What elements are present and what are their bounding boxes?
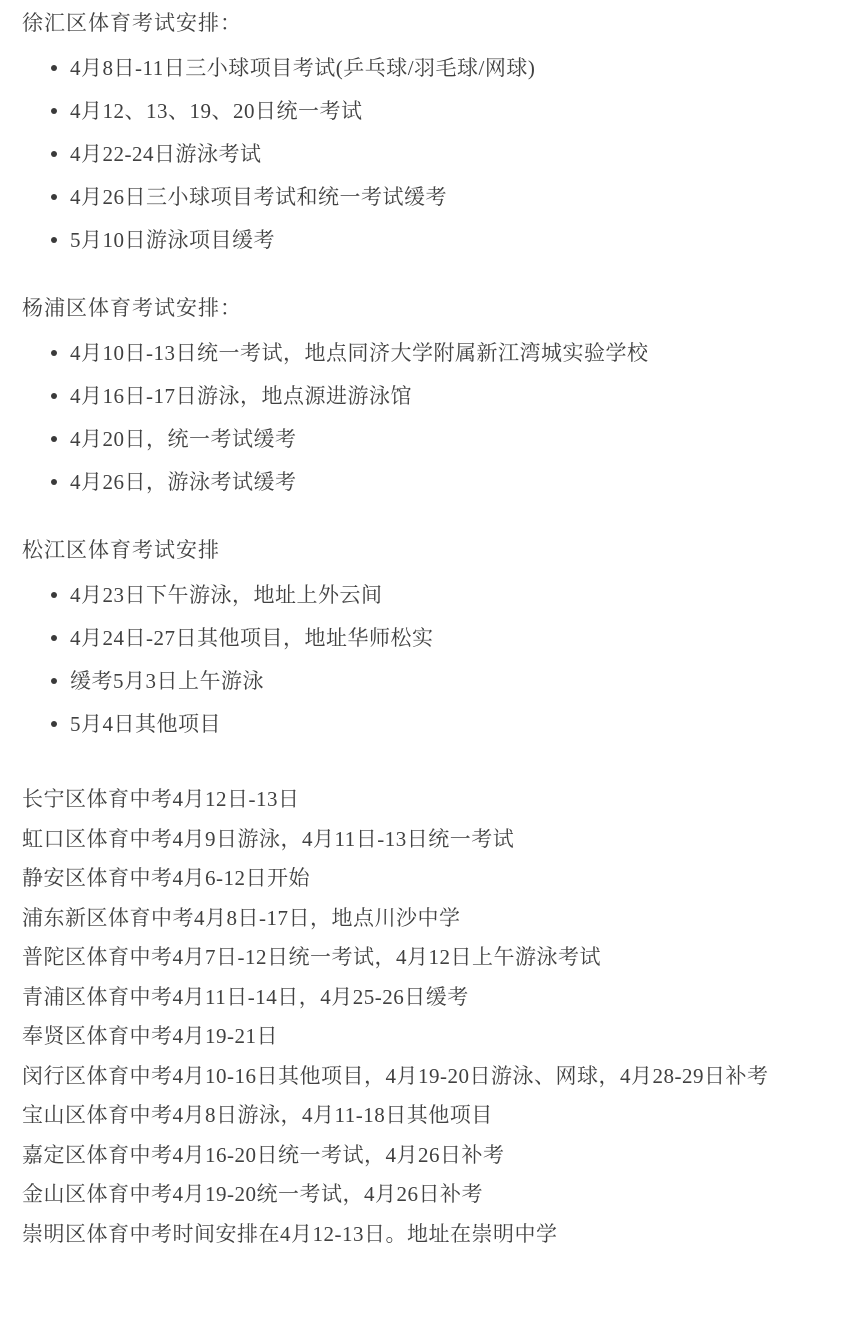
bullet-item: 4月10日-13日统一考试，地点同济大学附属新江湾城实验学校 — [0, 341, 849, 365]
bullet-dot — [51, 393, 57, 399]
bullet-dot — [51, 350, 57, 356]
bullet-dot — [51, 635, 57, 641]
bullet-item: 4月8日-11日三小球项目考试(乒乓球/羽毛球/网球) — [0, 56, 849, 80]
section-yangpu: 杨浦区体育考试安排： 4月10日-13日统一考试，地点同济大学附属新江湾城实验学… — [0, 296, 849, 494]
schedule-line-jinshan: 金山区体育中考4月19-20统一考试，4月26日补考 — [22, 1175, 849, 1215]
section-title: 松江区体育考试安排 — [0, 538, 849, 562]
bullet-item: 4月16日-17日游泳，地点源进游泳馆 — [0, 384, 849, 408]
schedule-line-hongkou: 虹口区体育中考4月9日游泳，4月11日-13日统一考试 — [22, 820, 849, 860]
bullet-list: 4月8日-11日三小球项目考试(乒乓球/羽毛球/网球) 4月12、13、19、2… — [0, 56, 849, 252]
bullet-text: 4月26日，游泳考试缓考 — [70, 470, 297, 494]
district-schedule-list: 长宁区体育中考4月12日-13日 虹口区体育中考4月9日游泳，4月11日-13日… — [0, 780, 849, 1254]
bullet-dot — [51, 721, 57, 727]
bullet-text: 4月12、13、19、20日统一考试 — [70, 99, 363, 123]
bullet-text: 5月4日其他项目 — [70, 712, 221, 736]
bullet-item: 4月23日下午游泳，地址上外云间 — [0, 583, 849, 607]
schedule-line-putuo: 普陀区体育中考4月7日-12日统一考试，4月12日上午游泳考试 — [22, 938, 849, 978]
schedule-line-minhang: 闵行区体育中考4月10-16日其他项目，4月19-20日游泳、网球，4月28-2… — [22, 1057, 849, 1097]
bullet-dot — [51, 479, 57, 485]
section-title: 杨浦区体育考试安排： — [0, 296, 849, 320]
bullet-dot — [51, 151, 57, 157]
section-title: 徐汇区体育考试安排： — [0, 11, 849, 35]
bullet-item: 缓考5月3日上午游泳 — [0, 669, 849, 693]
bullet-list: 4月23日下午游泳，地址上外云间 4月24日-27日其他项目，地址华师松实 缓考… — [0, 583, 849, 736]
bullet-text: 4月23日下午游泳，地址上外云间 — [70, 583, 383, 607]
article-page: 徐汇区体育考试安排： 4月8日-11日三小球项目考试(乒乓球/羽毛球/网球) 4… — [0, 0, 849, 1317]
section-xuhui: 徐汇区体育考试安排： 4月8日-11日三小球项目考试(乒乓球/羽毛球/网球) 4… — [0, 11, 849, 252]
bullet-dot — [51, 436, 57, 442]
bullet-dot — [51, 194, 57, 200]
bullet-item: 4月12、13、19、20日统一考试 — [0, 99, 849, 123]
bullet-dot — [51, 65, 57, 71]
bullet-item: 5月4日其他项目 — [0, 712, 849, 736]
section-songjiang: 松江区体育考试安排 4月23日下午游泳，地址上外云间 4月24日-27日其他项目… — [0, 538, 849, 736]
schedule-line-fengxian: 奉贤区体育中考4月19-21日 — [22, 1017, 849, 1057]
bullet-text: 4月16日-17日游泳，地点源进游泳馆 — [70, 384, 412, 408]
bullet-text: 4月10日-13日统一考试，地点同济大学附属新江湾城实验学校 — [70, 341, 649, 365]
schedule-line-changning: 长宁区体育中考4月12日-13日 — [22, 780, 849, 820]
bullet-dot — [51, 678, 57, 684]
bullet-text: 缓考5月3日上午游泳 — [70, 669, 264, 693]
bullet-item: 4月26日，游泳考试缓考 — [0, 470, 849, 494]
bullet-text: 4月20日，统一考试缓考 — [70, 427, 297, 451]
bullet-text: 4月22-24日游泳考试 — [70, 142, 262, 166]
schedule-line-qingpu: 青浦区体育中考4月11日-14日，4月25-26日缓考 — [22, 978, 849, 1018]
schedule-line-jingan: 静安区体育中考4月6-12日开始 — [22, 859, 849, 899]
bullet-item: 4月26日三小球项目考试和统一考试缓考 — [0, 185, 849, 209]
schedule-line-pudong: 浦东新区体育中考4月8日-17日，地点川沙中学 — [22, 899, 849, 939]
schedule-line-jiading: 嘉定区体育中考4月16-20日统一考试，4月26日补考 — [22, 1136, 849, 1176]
bullet-text: 4月8日-11日三小球项目考试(乒乓球/羽毛球/网球) — [70, 56, 535, 80]
bullet-list: 4月10日-13日统一考试，地点同济大学附属新江湾城实验学校 4月16日-17日… — [0, 341, 849, 494]
bullet-text: 5月10日游泳项目缓考 — [70, 228, 275, 252]
schedule-line-baoshan: 宝山区体育中考4月8日游泳，4月11-18日其他项目 — [22, 1096, 849, 1136]
schedule-line-chongming: 崇明区体育中考时间安排在4月12-13日。地址在崇明中学 — [22, 1215, 849, 1255]
bullet-item: 4月22-24日游泳考试 — [0, 142, 849, 166]
bullet-dot — [51, 108, 57, 114]
bullet-item: 4月20日，统一考试缓考 — [0, 427, 849, 451]
bullet-text: 4月24日-27日其他项目，地址华师松实 — [70, 626, 434, 650]
bullet-item: 5月10日游泳项目缓考 — [0, 228, 849, 252]
bullet-text: 4月26日三小球项目考试和统一考试缓考 — [70, 185, 447, 209]
bullet-dot — [51, 237, 57, 243]
bullet-item: 4月24日-27日其他项目，地址华师松实 — [0, 626, 849, 650]
bullet-dot — [51, 592, 57, 598]
